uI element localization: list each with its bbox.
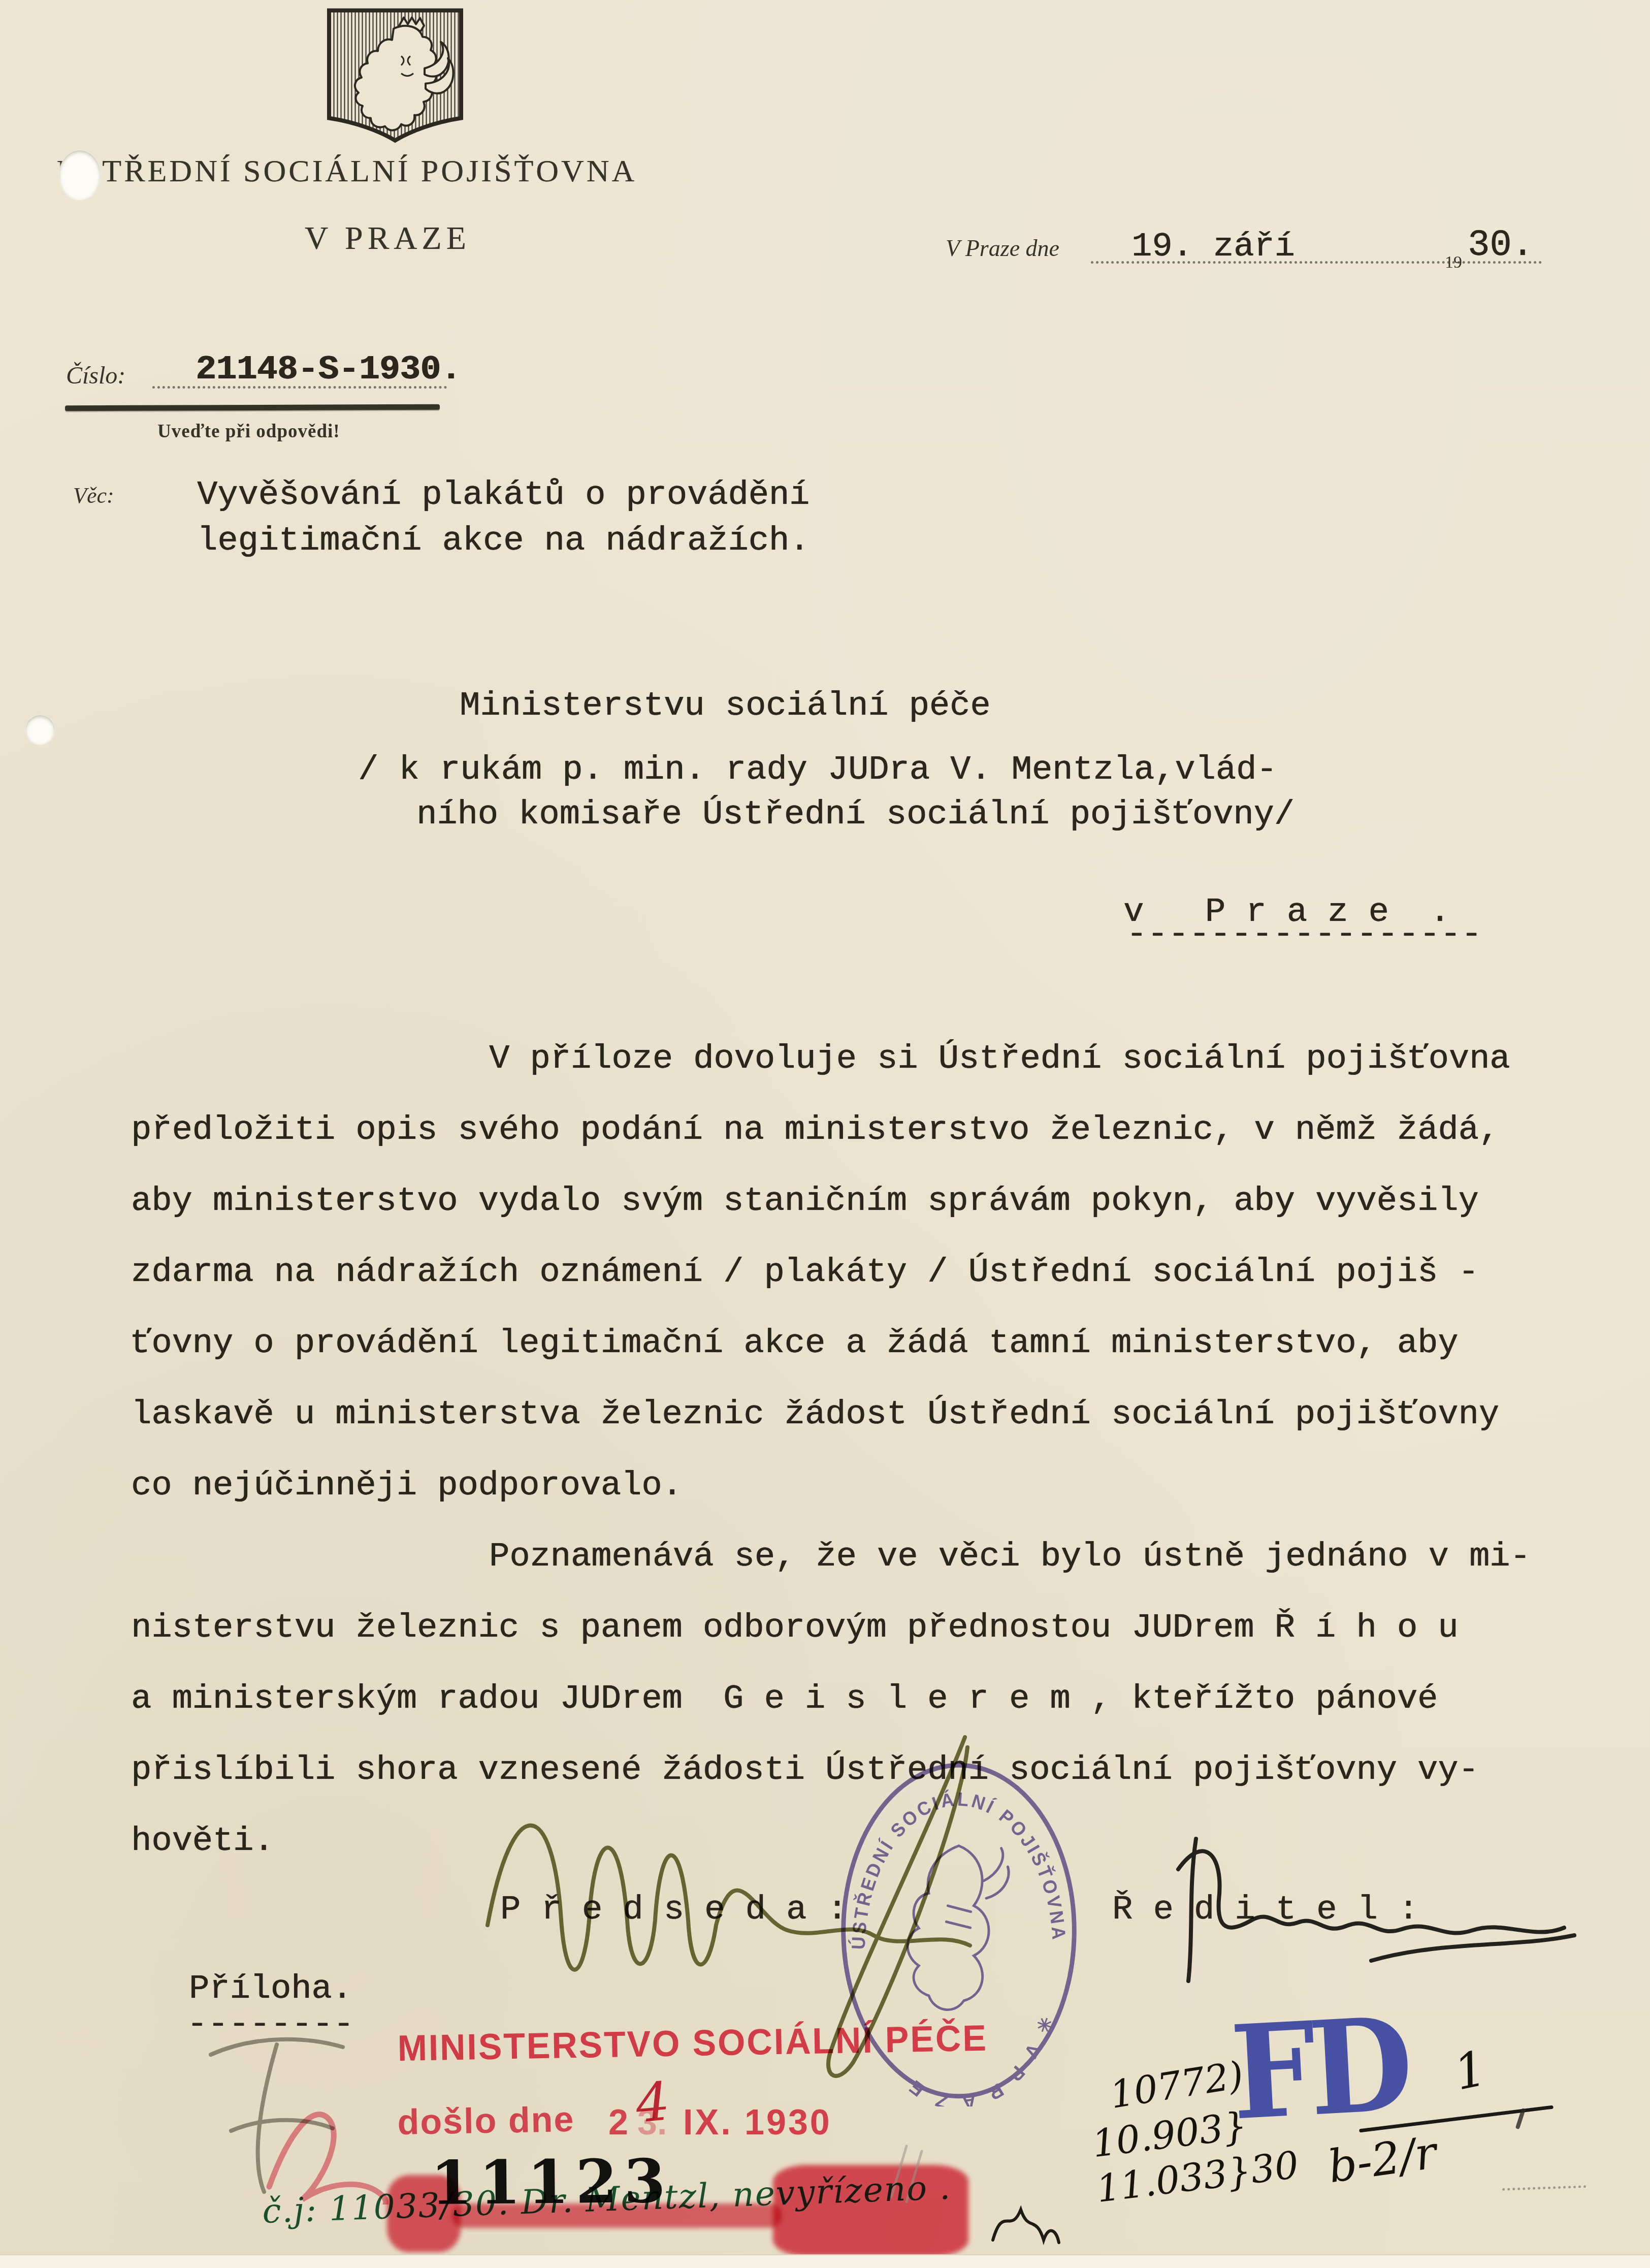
date-typed-year: 30.	[1468, 225, 1534, 266]
reference-underline	[65, 404, 440, 411]
date-printed-century: 19	[1445, 253, 1462, 272]
punch-hole-top	[59, 150, 101, 200]
recipient-line2: / k rukám p. min. rady JUDra V. Mentzla,…	[358, 751, 1277, 789]
body-paragraph-1: V příloze dovoluje si Ústřední sociální …	[131, 1024, 1538, 1521]
punch-hole-middle	[25, 715, 55, 745]
text-line: legitimační akce na nádražích.	[197, 518, 810, 564]
text-line: Vyvěšování plakátů o provádění	[197, 472, 810, 518]
enclosure-label: Příloha.	[189, 1970, 352, 2008]
date-typed-day-month: 19. září	[1131, 228, 1295, 266]
scan-edge-bottom	[0, 2254, 1650, 2268]
receipt-stamp-day-printed: 2	[608, 2102, 628, 2143]
text-line: V příloze dovoluje si Ústřední sociální …	[131, 1024, 1538, 1095]
czech-lion-emblem	[325, 7, 465, 145]
receipt-stamp-day-handwritten: 4	[633, 2070, 672, 2134]
fd-stamp: FD	[1227, 1989, 1409, 2149]
recipient-line1: Ministerstvu sociální péče	[460, 687, 990, 725]
text-line: laskavě u ministerstva železnic žádost Ú…	[131, 1379, 1538, 1450]
subject-lines: Vyvěšování plakátů o prováděnílegitimačn…	[197, 472, 810, 564]
stray-dotted-mark	[1502, 2180, 1586, 2191]
text-line: ťovny o provádění legitimační akce a žád…	[131, 1308, 1538, 1379]
org-name: ÚSTŘEDNÍ SOCIÁLNÍ POJIŠŤOVNA	[57, 153, 637, 189]
recipient-city-underline: -----------------	[1126, 915, 1482, 954]
receipt-stamp-month-year: IX. 1930	[683, 2102, 832, 2143]
reference-number: 21148-S-1930.	[196, 350, 461, 389]
text-line: zdarma na nádražích oznámení / plakáty /…	[131, 1237, 1538, 1308]
scanned-letter-page: ÚSTŘEDNÍ SOCIÁLNÍ POJIŠŤOVNA V PRAZE V P…	[0, 0, 1650, 2268]
reference-instruction: Uveďte při odpovědi!	[157, 421, 340, 442]
text-line: předložiti opis svého podání na minister…	[131, 1095, 1538, 1166]
text-line: aby ministerstvo vydalo svým staničním s…	[131, 1166, 1538, 1237]
recipient-line3: ního komisaře Ústřední sociální pojišťov…	[416, 795, 1295, 834]
text-line: Poznamenává se, že ve věci bylo ústně je…	[131, 1521, 1538, 1592]
receipt-stamp-received-prefix: došlo dne	[397, 2099, 575, 2143]
date-printed-prefix: V Praze dne	[946, 235, 1059, 262]
subject-label: Věc:	[73, 483, 114, 508]
figure-one: 1	[1449, 2040, 1491, 2101]
small-ink-squiggle	[983, 2189, 1069, 2255]
reference-label: Číslo:	[66, 362, 125, 390]
org-city: V PRAZE	[305, 219, 471, 257]
text-line: co nejúčinněji podporovalo.	[131, 1450, 1538, 1521]
text-line: nisterstvu železnic s panem odborovým př…	[131, 1592, 1538, 1664]
